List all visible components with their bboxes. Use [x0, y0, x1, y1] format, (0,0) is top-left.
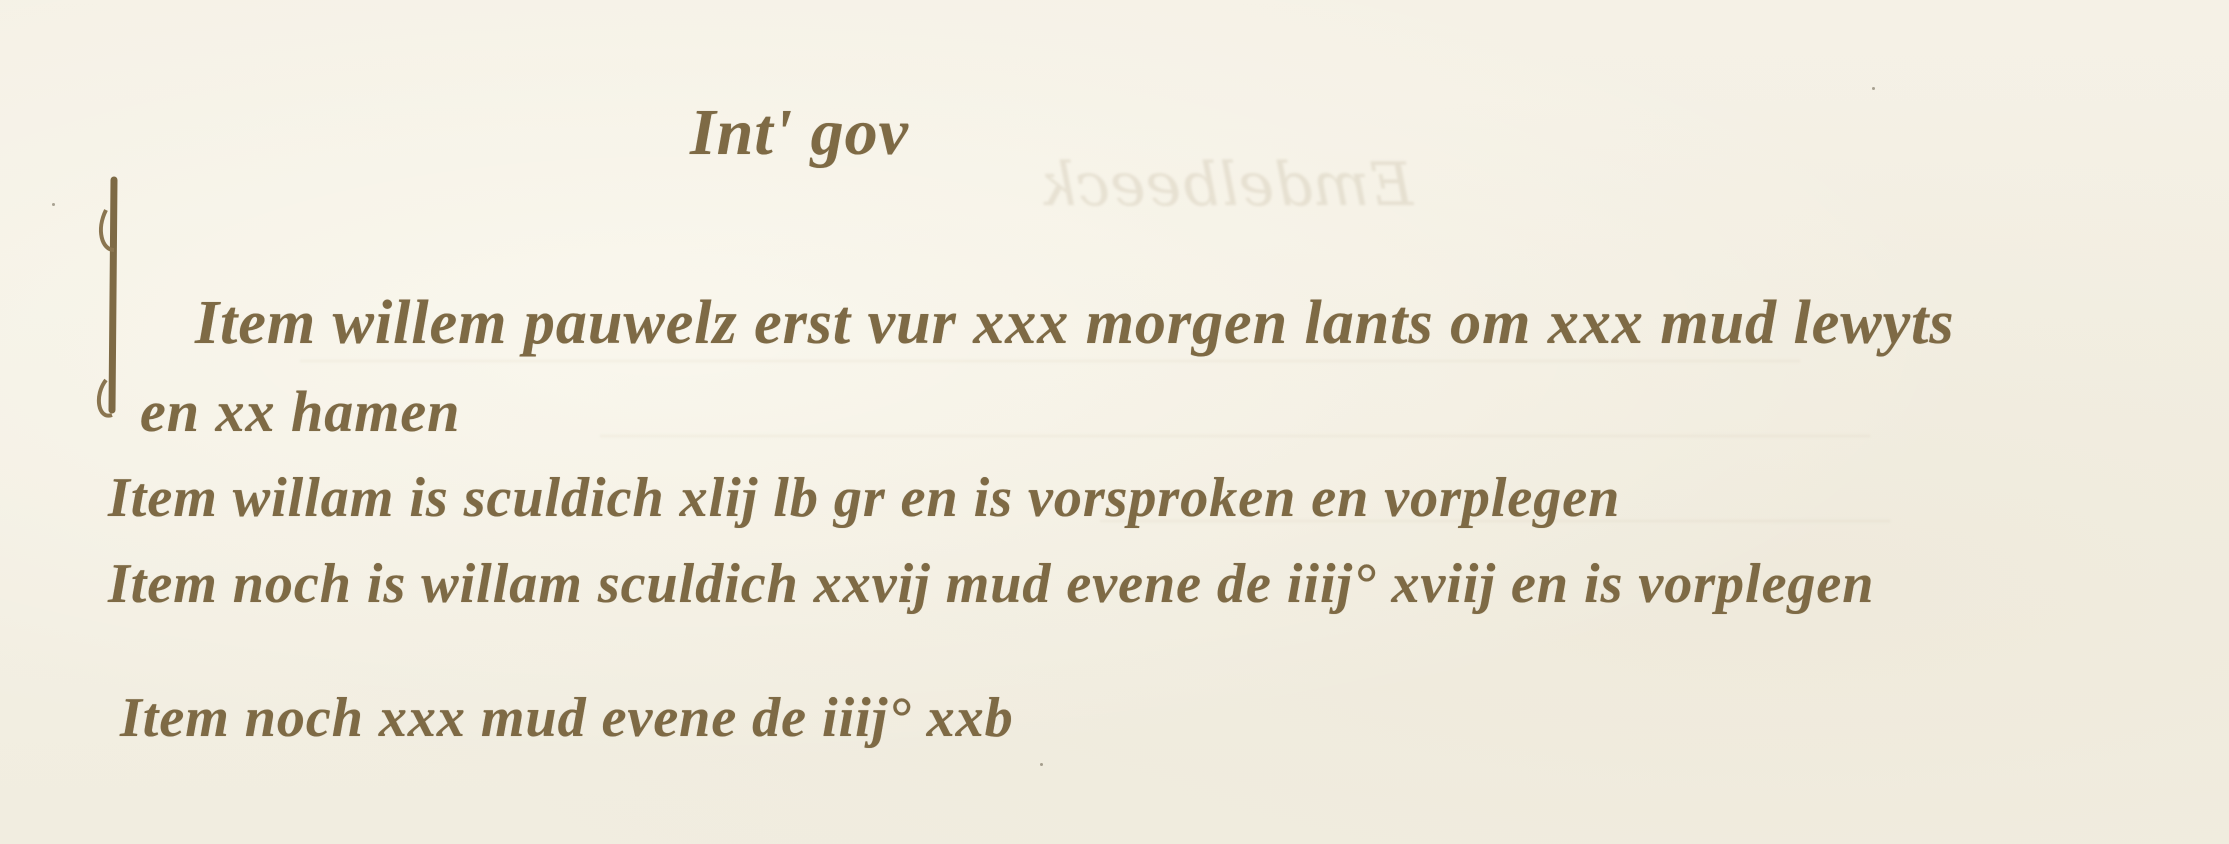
decorative-initial-icon: [92, 170, 132, 430]
manuscript-line-3: Item willam is sculdich xlij lb gr en is…: [108, 466, 1620, 530]
bleed-through-text: [600, 395, 1870, 437]
manuscript-line-5: Item noch xxx mud evene de iiij° xxb: [120, 686, 1014, 750]
manuscript-page: Emdelbeeck Int' gov Item willem pauwelz …: [0, 0, 2229, 844]
paper-speck: [52, 203, 55, 206]
paper-speck: [1872, 87, 1875, 90]
manuscript-line-4: Item noch is willam sculdich xxvij mud e…: [108, 552, 1874, 616]
manuscript-line-2: en xx hamen: [140, 378, 460, 445]
bleed-through-text: Emdelbeeck: [1040, 150, 1413, 220]
manuscript-line-1: Item willem pauwelz erst vur xxx morgen …: [195, 288, 1955, 359]
paper-speck: [1040, 763, 1043, 766]
page-heading: Int' gov: [690, 95, 909, 171]
